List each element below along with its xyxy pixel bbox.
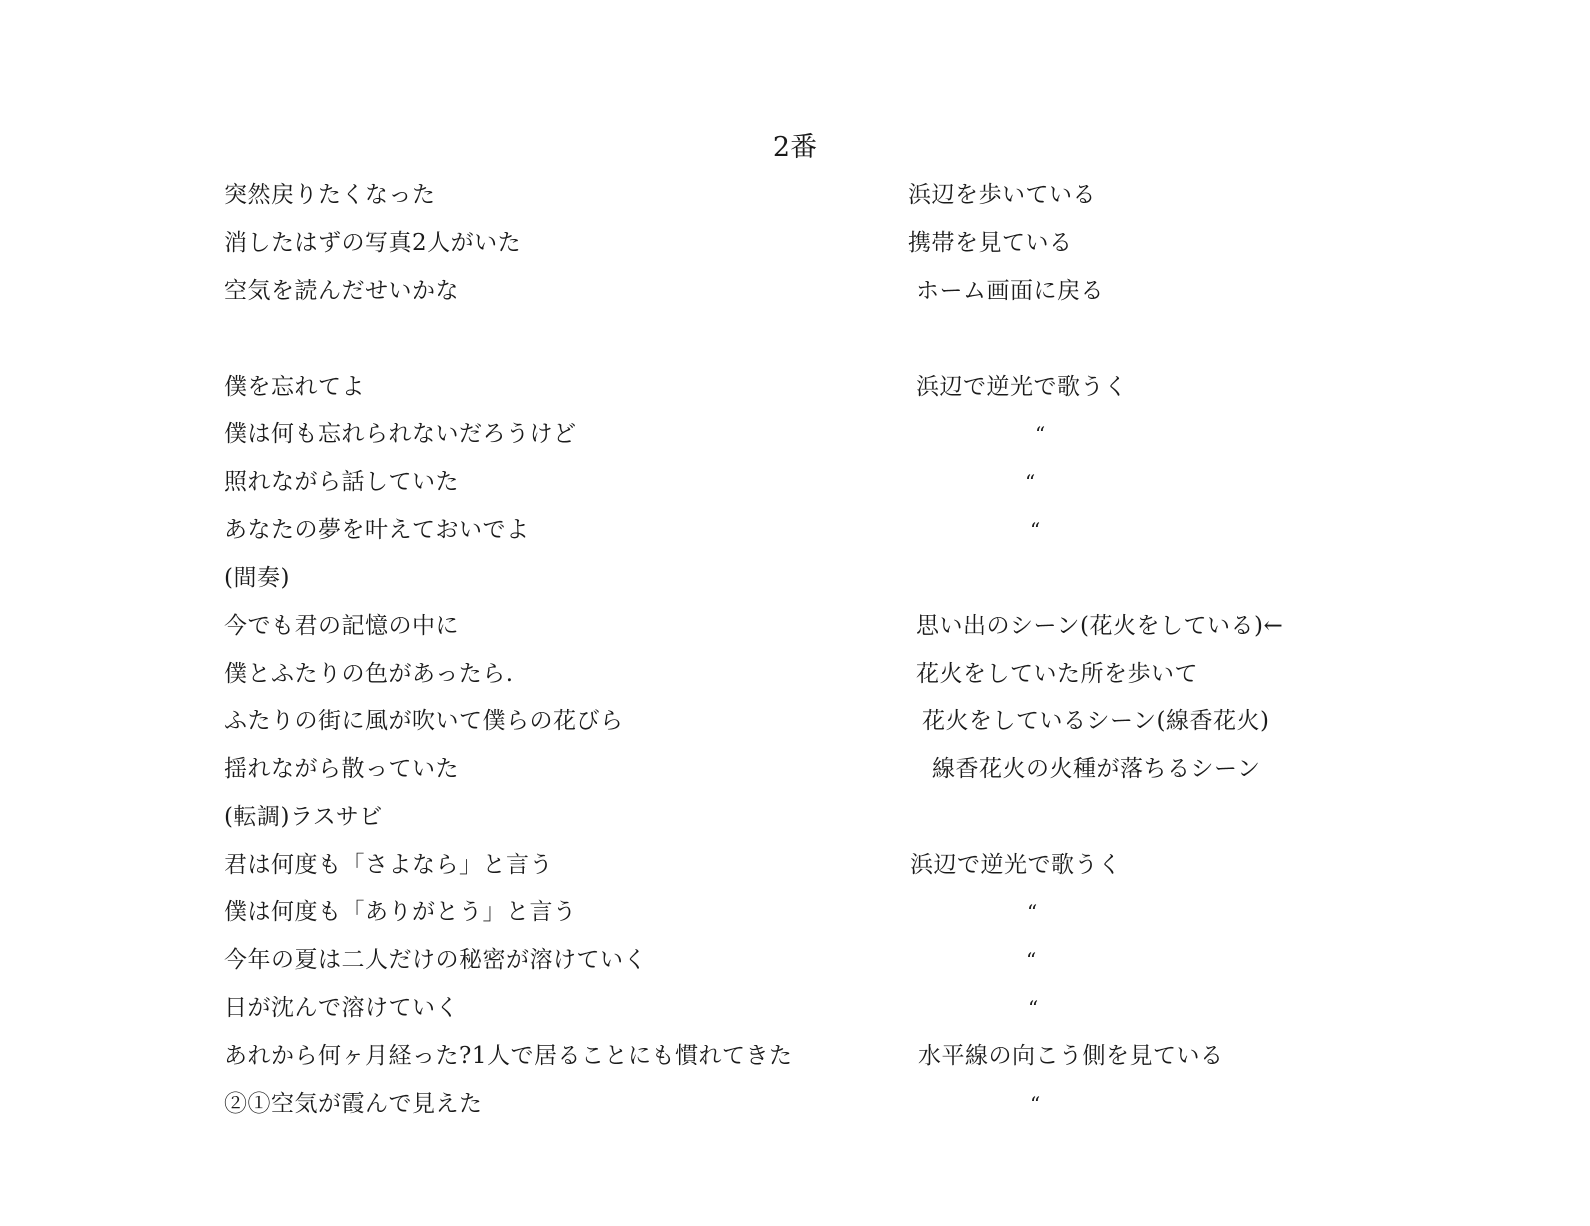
lyric-line: 僕は何も忘れられないだろうけど	[224, 419, 577, 449]
scene-note: ホーム画面に戻る	[916, 276, 1104, 306]
scene-note: 線香花火の火種が落ちるシーン	[932, 754, 1261, 784]
lyric-line: 空気を読んだせいかな	[224, 276, 459, 306]
scene-note: 花火をしていた所を歩いて	[916, 659, 1198, 689]
lyric-line: 今年の夏は二人だけの秘密が溶けていく	[224, 945, 647, 975]
lyric-line: 僕とふたりの色があったら.	[224, 659, 514, 689]
lyric-line: 日が沈んで溶けていく	[224, 993, 459, 1023]
lyric-line: あれから何ヶ月経った?1人で居ることにも慣れてきた	[224, 1041, 792, 1071]
scene-note: 水平線の向こう側を見ている	[918, 1041, 1224, 1071]
ditto-mark: “	[1035, 419, 1046, 449]
lyric-line: 揺れながら散っていた	[224, 754, 459, 784]
scene-note: 花火をしているシーン(線香花火)	[922, 706, 1270, 736]
page-title: 2番	[0, 130, 1590, 166]
scene-note: 携帯を見ている	[908, 228, 1073, 258]
lyric-line: 君は何度も「さよなら」と言う	[224, 850, 553, 880]
lyric-line: 突然戻りたくなった	[224, 180, 436, 210]
ditto-mark: “	[1028, 993, 1039, 1023]
lyric-line: 僕は何度も「ありがとう」と言う	[224, 897, 577, 927]
scene-note: 思い出のシーン(花火をしている)←	[916, 611, 1283, 641]
ditto-mark: “	[1025, 467, 1036, 497]
scene-note: 浜辺を歩いている	[908, 180, 1096, 210]
lyric-line: 照れながら話していた	[224, 467, 459, 497]
ditto-mark: “	[1030, 1089, 1041, 1119]
lyric-line: ふたりの街に風が吹いて僕らの花びら	[224, 706, 624, 736]
lyric-line: あなたの夢を叶えておいでよ	[224, 515, 530, 545]
ditto-mark: “	[1027, 897, 1038, 927]
lyric-line: (間奏)	[224, 563, 290, 593]
document-page: 2番 突然戻りたくなった浜辺を歩いている消したはずの写真2人がいた携帯を見ている…	[0, 0, 1590, 1226]
ditto-mark: “	[1030, 515, 1041, 545]
lyric-line: (転調)ラスサビ	[224, 802, 383, 832]
ditto-mark: “	[1026, 945, 1037, 975]
scene-note: 浜辺で逆光で歌うく	[910, 850, 1122, 880]
lyric-line: 僕を忘れてよ	[224, 372, 365, 402]
lyric-line: 今でも君の記憶の中に	[224, 611, 459, 641]
lyric-line: 消したはずの写真2人がいた	[224, 228, 521, 258]
scene-note: 浜辺で逆光で歌うく	[916, 372, 1128, 402]
lyric-line: ②①空気が霞んで見えた	[224, 1089, 483, 1119]
